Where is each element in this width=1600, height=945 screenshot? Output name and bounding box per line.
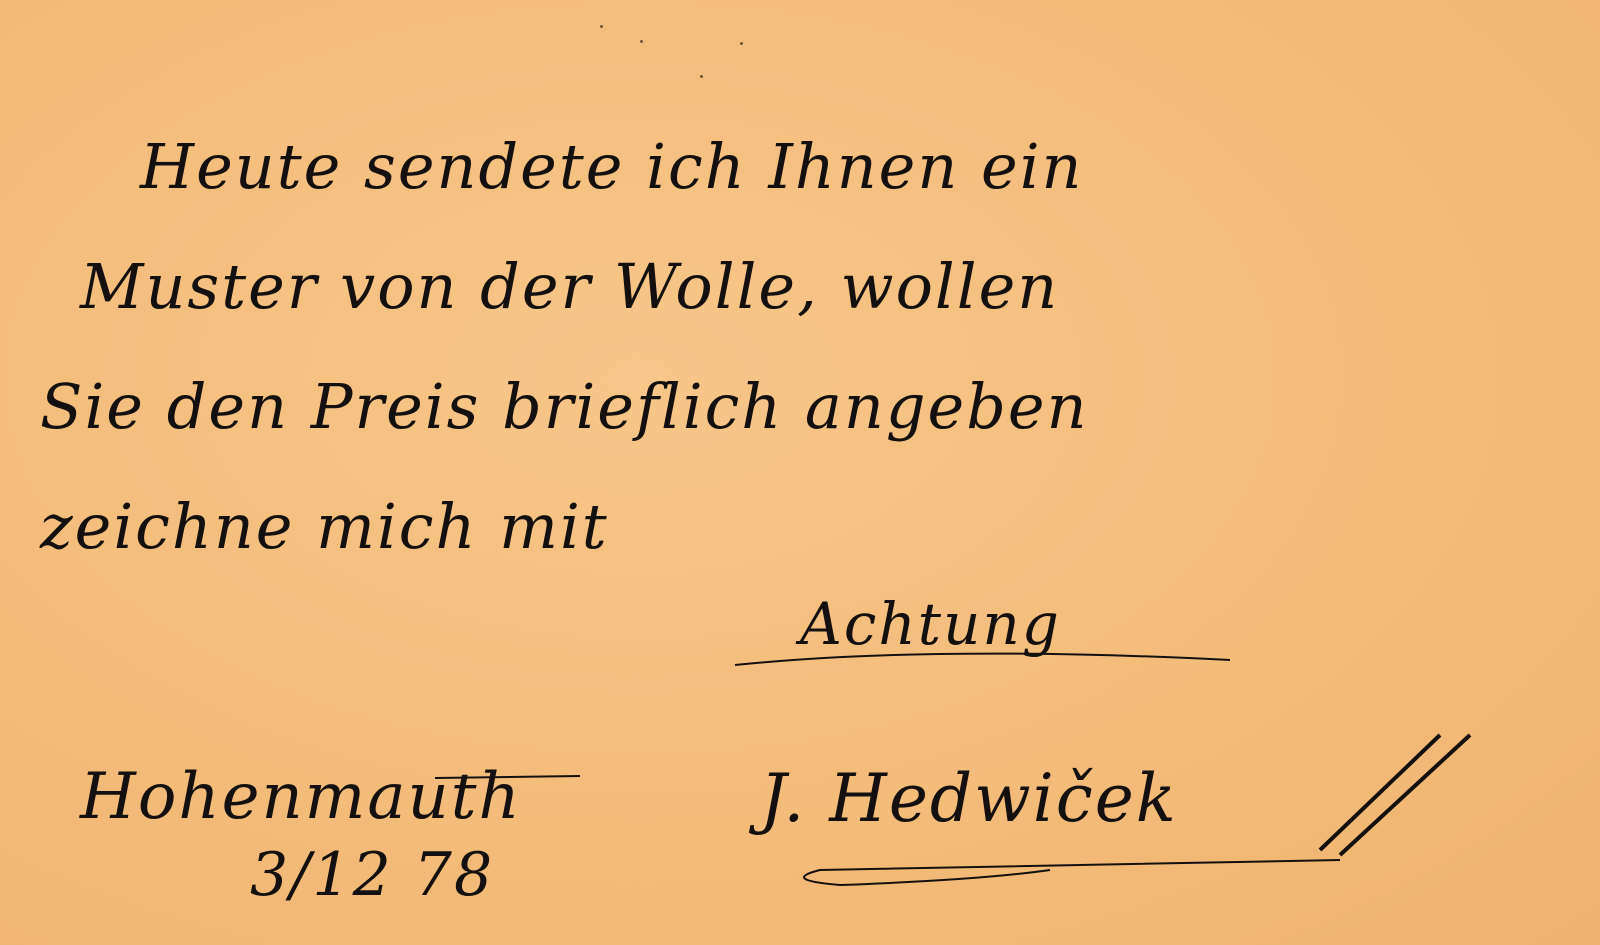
ink-speck: [700, 75, 703, 78]
place-underline: [430, 770, 590, 790]
postcard: Heute sendete ich Ihnen ein Muster von d…: [0, 0, 1600, 945]
letter-line-3: Sie den Preis brieflich angeben: [40, 370, 1089, 443]
letter-line-1: Heute sendete ich Ihnen ein: [140, 130, 1083, 203]
ink-speck: [600, 25, 603, 28]
letter-line-2: Muster von der Wolle, wollen: [80, 250, 1059, 323]
signature-flourish: [780, 720, 1500, 900]
letter-line-4: zeichne mich mit: [40, 490, 609, 563]
ink-speck: [740, 42, 743, 45]
ink-speck: [640, 40, 643, 43]
closing-flourish: [730, 640, 1250, 680]
date: 3/12 78: [250, 840, 494, 910]
